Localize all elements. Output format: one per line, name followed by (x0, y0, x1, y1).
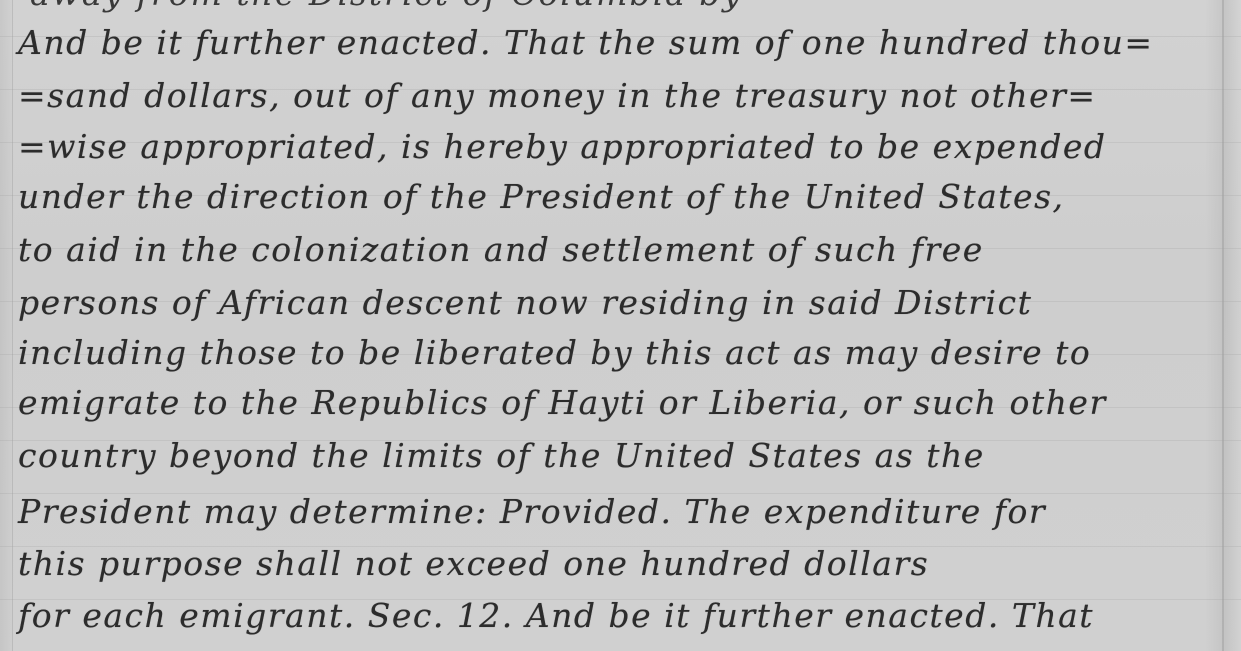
manuscript-line-5: to aid in the colonization and settlemen… (18, 224, 1198, 276)
manuscript-line-2: =sand dollars, out of any money in the t… (18, 70, 1198, 122)
left-margin-line (12, 0, 13, 651)
manuscript-line-12: for each emigrant. Sec. 12. And be it fu… (18, 590, 1198, 642)
manuscript-line-3: =wise appropriated, is hereby appropriat… (18, 121, 1198, 173)
manuscript-line-6: persons of African descent now residing … (18, 277, 1198, 329)
manuscript-page: away from the District of Columbia by An… (0, 0, 1241, 651)
manuscript-line-4: under the direction of the President of … (18, 171, 1198, 223)
manuscript-line-11: this purpose shall not exceed one hundre… (18, 538, 1198, 590)
right-page-edge (1222, 0, 1224, 651)
manuscript-line-10: President may determine: Provided. The e… (18, 486, 1198, 538)
manuscript-line-8: emigrate to the Republics of Hayti or Li… (18, 377, 1198, 429)
manuscript-line-7: including those to be liberated by this … (18, 327, 1198, 379)
manuscript-line-1: And be it further enacted. That the sum … (18, 17, 1198, 69)
manuscript-line-9: country beyond the limits of the United … (18, 430, 1198, 482)
